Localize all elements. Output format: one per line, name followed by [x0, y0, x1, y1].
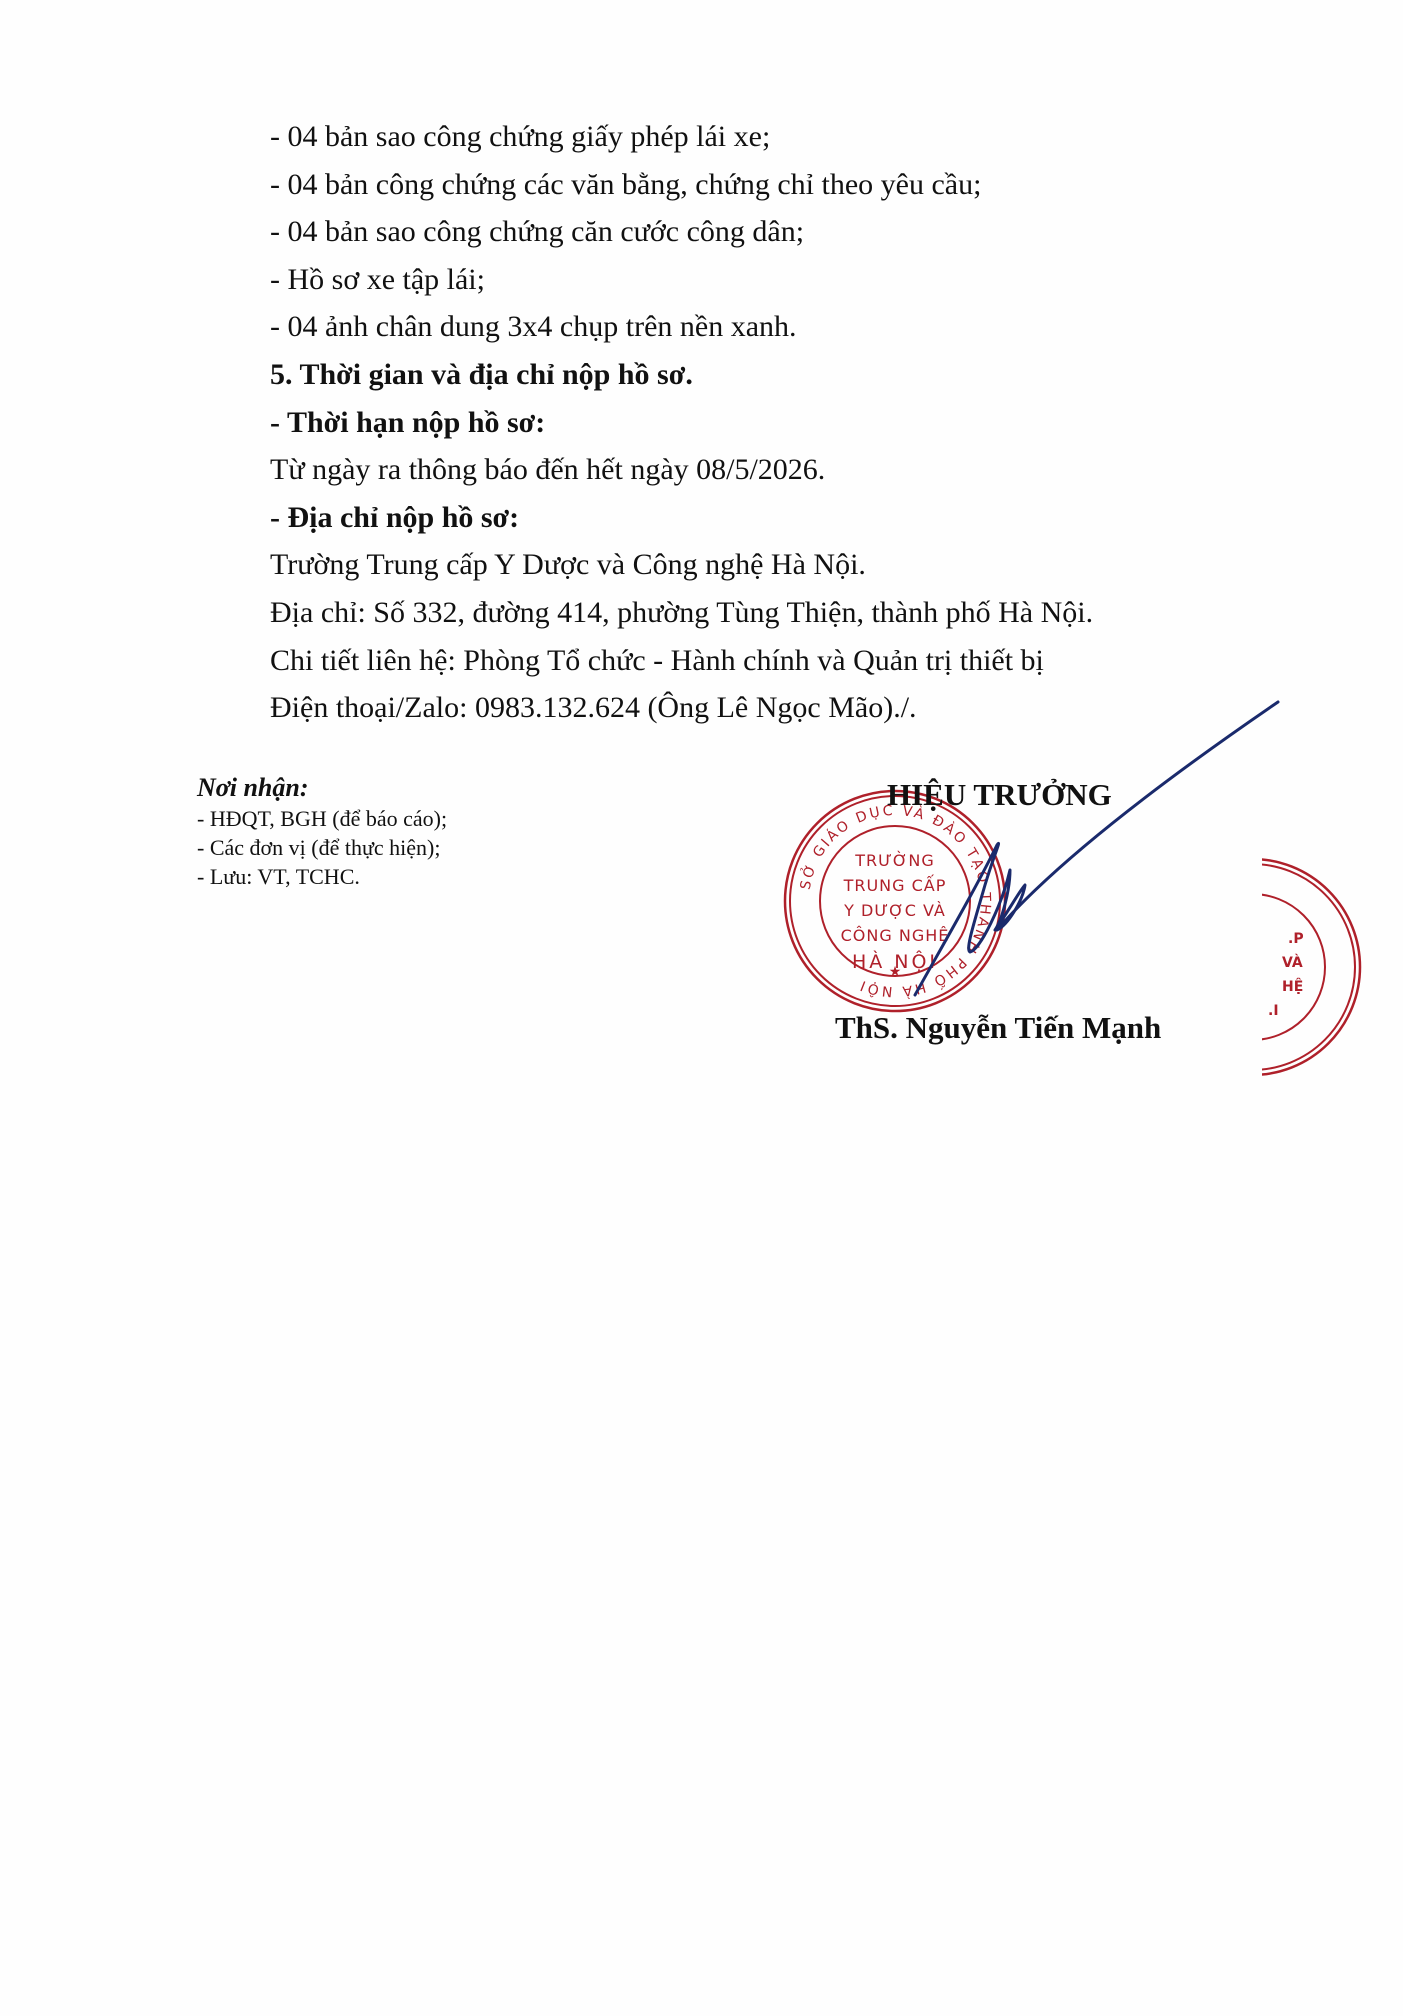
signature-block: HIỆU TRƯỞNG SỞ GIÁO DỤC VÀ ĐÀO TẠO THÀNH…	[780, 680, 1340, 1100]
body-line: - Hồ sơ xe tập lái;	[270, 256, 1270, 304]
body-text: - 04 bản sao công chứng giấy phép lái xe…	[270, 113, 1270, 732]
body-line: - 04 bản sao công chứng căn cước công dâ…	[270, 208, 1270, 256]
recipient-item: - Lưu: VT, TCHC.	[197, 862, 617, 891]
svg-text:VÀ: VÀ	[1282, 954, 1303, 971]
body-line: Chi tiết liên hệ: Phòng Tổ chức - Hành c…	[270, 637, 1270, 685]
svg-text:★: ★	[889, 965, 902, 980]
body-line: - 04 bản công chứng các văn bằng, chứng …	[270, 161, 1270, 209]
body-line: Từ ngày ra thông báo đến hết ngày 08/5/2…	[270, 446, 1270, 494]
body-line: - 04 ảnh chân dung 3x4 chụp trên nền xan…	[270, 303, 1270, 351]
svg-text:CÔNG NGHỆ: CÔNG NGHỆ	[841, 926, 950, 945]
section-heading: - Địa chỉ nộp hồ sơ:	[270, 494, 1270, 542]
official-seal-icon: SỞ GIÁO DỤC VÀ ĐÀO TẠO THÀNH PHỐ HÀ NỘI …	[780, 786, 1010, 1016]
svg-text:TRƯỜNG: TRƯỜNG	[854, 851, 935, 870]
svg-text:HỆ: HỆ	[1282, 977, 1303, 995]
section-heading: 5. Thời gian và địa chỉ nộp hồ sơ.	[270, 351, 1270, 399]
section-heading: - Thời hạn nộp hồ sơ:	[270, 399, 1270, 447]
svg-text:Y DƯỢC VÀ: Y DƯỢC VÀ	[843, 901, 946, 920]
recipients-title: Nơi nhận:	[197, 772, 617, 804]
page-edge-seal-icon: THÀNH PHỐ HÀ NỘI .PVÀHỆ.I	[1262, 855, 1403, 1080]
body-line: Trường Trung cấp Y Dược và Công nghệ Hà …	[270, 541, 1270, 589]
signer-name: ThS. Nguyễn Tiến Mạnh	[835, 1010, 1161, 1046]
body-line: Địa chỉ: Số 332, đường 414, phường Tùng …	[270, 589, 1270, 637]
signer-title: HIỆU TRƯỞNG	[887, 777, 1112, 813]
svg-text:.I: .I	[1268, 1003, 1279, 1019]
svg-text:TRUNG CẤP: TRUNG CẤP	[843, 874, 947, 895]
body-line: - 04 bản sao công chứng giấy phép lái xe…	[270, 113, 1270, 161]
recipients-block: Nơi nhận: - HĐQT, BGH (để báo cáo); - Cá…	[197, 772, 617, 891]
document-page: - 04 bản sao công chứng giấy phép lái xe…	[0, 0, 1403, 2016]
recipient-item: - Các đơn vị (để thực hiện);	[197, 833, 617, 862]
svg-text:THÀNH PHỐ HÀ NỘI: THÀNH PHỐ HÀ NỘI	[1262, 855, 1269, 1055]
recipient-item: - HĐQT, BGH (để báo cáo);	[197, 804, 617, 833]
svg-text:.P: .P	[1288, 931, 1304, 947]
